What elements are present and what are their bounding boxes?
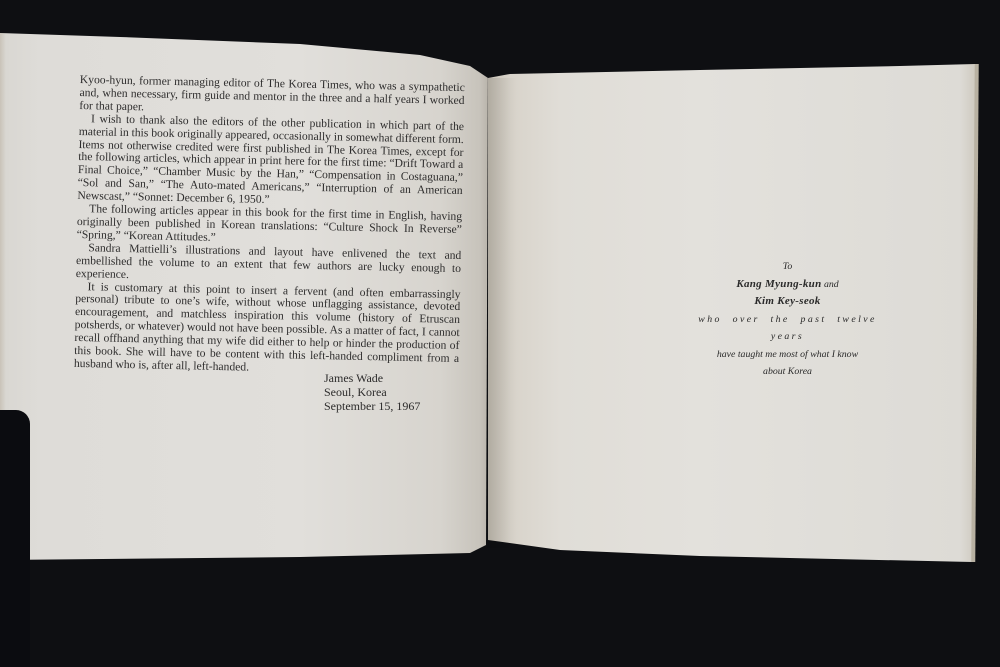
paragraph: It is customary at this point to insert … [74,280,461,378]
paragraph: I wish to thank also the editors of the … [77,113,464,211]
signature-name: James Wade [324,371,420,385]
signature-place: Seoul, Korea [324,385,420,399]
dedication-line-3: about Korea [690,363,885,381]
author-signature: James Wade Seoul, Korea September 15, 19… [324,371,420,413]
dedication-line-1: who over the past twelve years [690,311,885,346]
spine-shadow [487,78,517,548]
dedicatee-2: Kim Key-seok [690,293,885,311]
dedication-to: To [690,258,885,276]
acknowledgements-text: Kyoo-hyun, former managing editor of The… [74,74,465,379]
dedication-line-2: have taught me most of what I know [690,346,885,364]
signature-date: September 15, 1967 [324,399,420,413]
dedicatee-1: Kang Myung-kun [736,278,821,290]
dedication: To Kang Myung-kun and Kim Key-seok who o… [690,258,885,381]
holding-hand [0,410,30,667]
dedication-and: and [824,279,839,290]
book-photo-scene: Kyoo-hyun, former managing editor of The… [0,0,1000,667]
